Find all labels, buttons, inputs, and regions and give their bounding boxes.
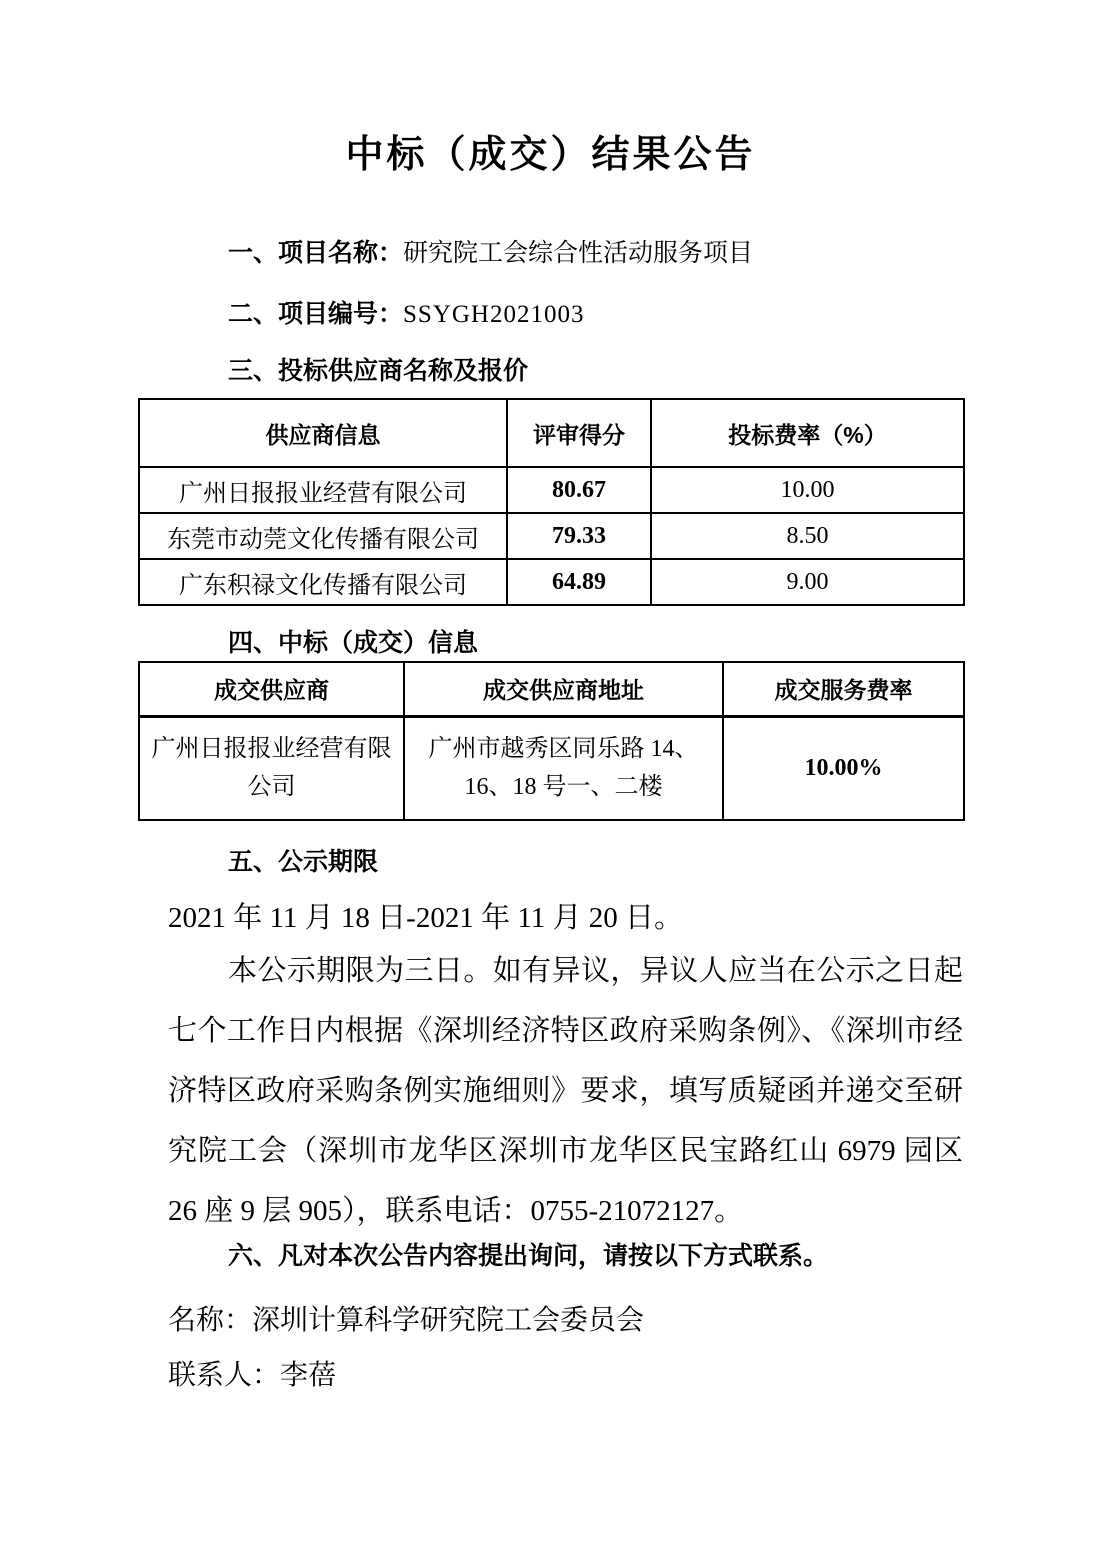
award-table-header-row: 成交供应商 成交供应商地址 成交服务费率 — [139, 662, 964, 716]
project-number-value: SSYGH2021003 — [403, 301, 584, 328]
section-project-name: 一、项目名称：研究院工会综合性活动服务项目 — [228, 238, 963, 269]
bid-supplier-name: 广州日报报业经营有限公司 — [139, 467, 507, 513]
bid-rate: 10.00 — [651, 467, 964, 513]
bid-score: 79.33 — [507, 513, 651, 559]
bid-table-header-row: 供应商信息 评审得分 投标费率（%） — [139, 399, 964, 467]
bid-score: 80.67 — [507, 467, 651, 513]
contact-person-line: 联系人：李蓓 — [168, 1348, 963, 1403]
section-project-number: 二、项目编号：SSYGH2021003 — [228, 299, 963, 330]
project-name-value: 研究院工会综合性活动服务项目 — [403, 240, 753, 267]
contact-person-label: 联系人： — [168, 1360, 280, 1391]
section-publicity-period-heading: 五、公示期限 — [228, 847, 963, 877]
publicity-notice-paragraph: 本公示期限为三日。如有异议，异议人应当在公示之日起七个工作日内根据《深圳经济特区… — [168, 941, 963, 1241]
award-table: 成交供应商 成交供应商地址 成交服务费率 广州日报报业经营有限公司 广州市越秀区… — [138, 661, 965, 821]
section-bidders-heading: 三、投标供应商名称及报价 — [228, 356, 963, 386]
award-supplier-name: 广州日报报业经营有限公司 — [139, 716, 404, 820]
contact-org-line: 名称：深圳计算科学研究院工会委员会 — [168, 1293, 963, 1348]
contact-org-label: 名称： — [168, 1305, 252, 1336]
award-table-header-address: 成交供应商地址 — [404, 662, 723, 716]
project-number-label: 二、项目编号： — [228, 300, 403, 328]
page-title: 中标（成交）结果公告 — [138, 130, 963, 180]
contact-person-value: 李蓓 — [280, 1360, 336, 1391]
contact-org-value: 深圳计算科学研究院工会委员会 — [252, 1305, 644, 1336]
bid-rate: 9.00 — [651, 559, 964, 605]
table-row: 广州日报报业经营有限公司 80.67 10.00 — [139, 467, 964, 513]
table-row: 东莞市动莞文化传播有限公司 79.33 8.50 — [139, 513, 964, 559]
bid-rate: 8.50 — [651, 513, 964, 559]
bid-supplier-name: 广东积禄文化传播有限公司 — [139, 559, 507, 605]
bid-table-header-supplier: 供应商信息 — [139, 399, 507, 467]
table-row: 广州日报报业经营有限公司 广州市越秀区同乐路 14、16、18 号一、二楼 10… — [139, 716, 964, 820]
award-service-rate: 10.00% — [723, 716, 964, 820]
project-name-label: 一、项目名称： — [228, 239, 403, 267]
section-contact-heading: 六、凡对本次公告内容提出询问，请按以下方式联系。 — [228, 1241, 963, 1271]
award-table-header-supplier: 成交供应商 — [139, 662, 404, 716]
bid-table-header-score: 评审得分 — [507, 399, 651, 467]
bid-table: 供应商信息 评审得分 投标费率（%） 广州日报报业经营有限公司 80.67 10… — [138, 398, 965, 606]
table-row: 广东积禄文化传播有限公司 64.89 9.00 — [139, 559, 964, 605]
award-table-header-rate: 成交服务费率 — [723, 662, 964, 716]
publicity-period-dates: 2021 年 11 月 18 日-2021 年 11 月 20 日。 — [168, 903, 963, 933]
bid-score: 64.89 — [507, 559, 651, 605]
bid-supplier-name: 东莞市动莞文化传播有限公司 — [139, 513, 507, 559]
section-award-heading: 四、中标（成交）信息 — [228, 628, 963, 658]
bid-table-header-rate: 投标费率（%） — [651, 399, 964, 467]
award-supplier-address: 广州市越秀区同乐路 14、16、18 号一、二楼 — [404, 716, 723, 820]
document-page: 中标（成交）结果公告 一、项目名称：研究院工会综合性活动服务项目 二、项目编号：… — [0, 0, 1102, 1559]
